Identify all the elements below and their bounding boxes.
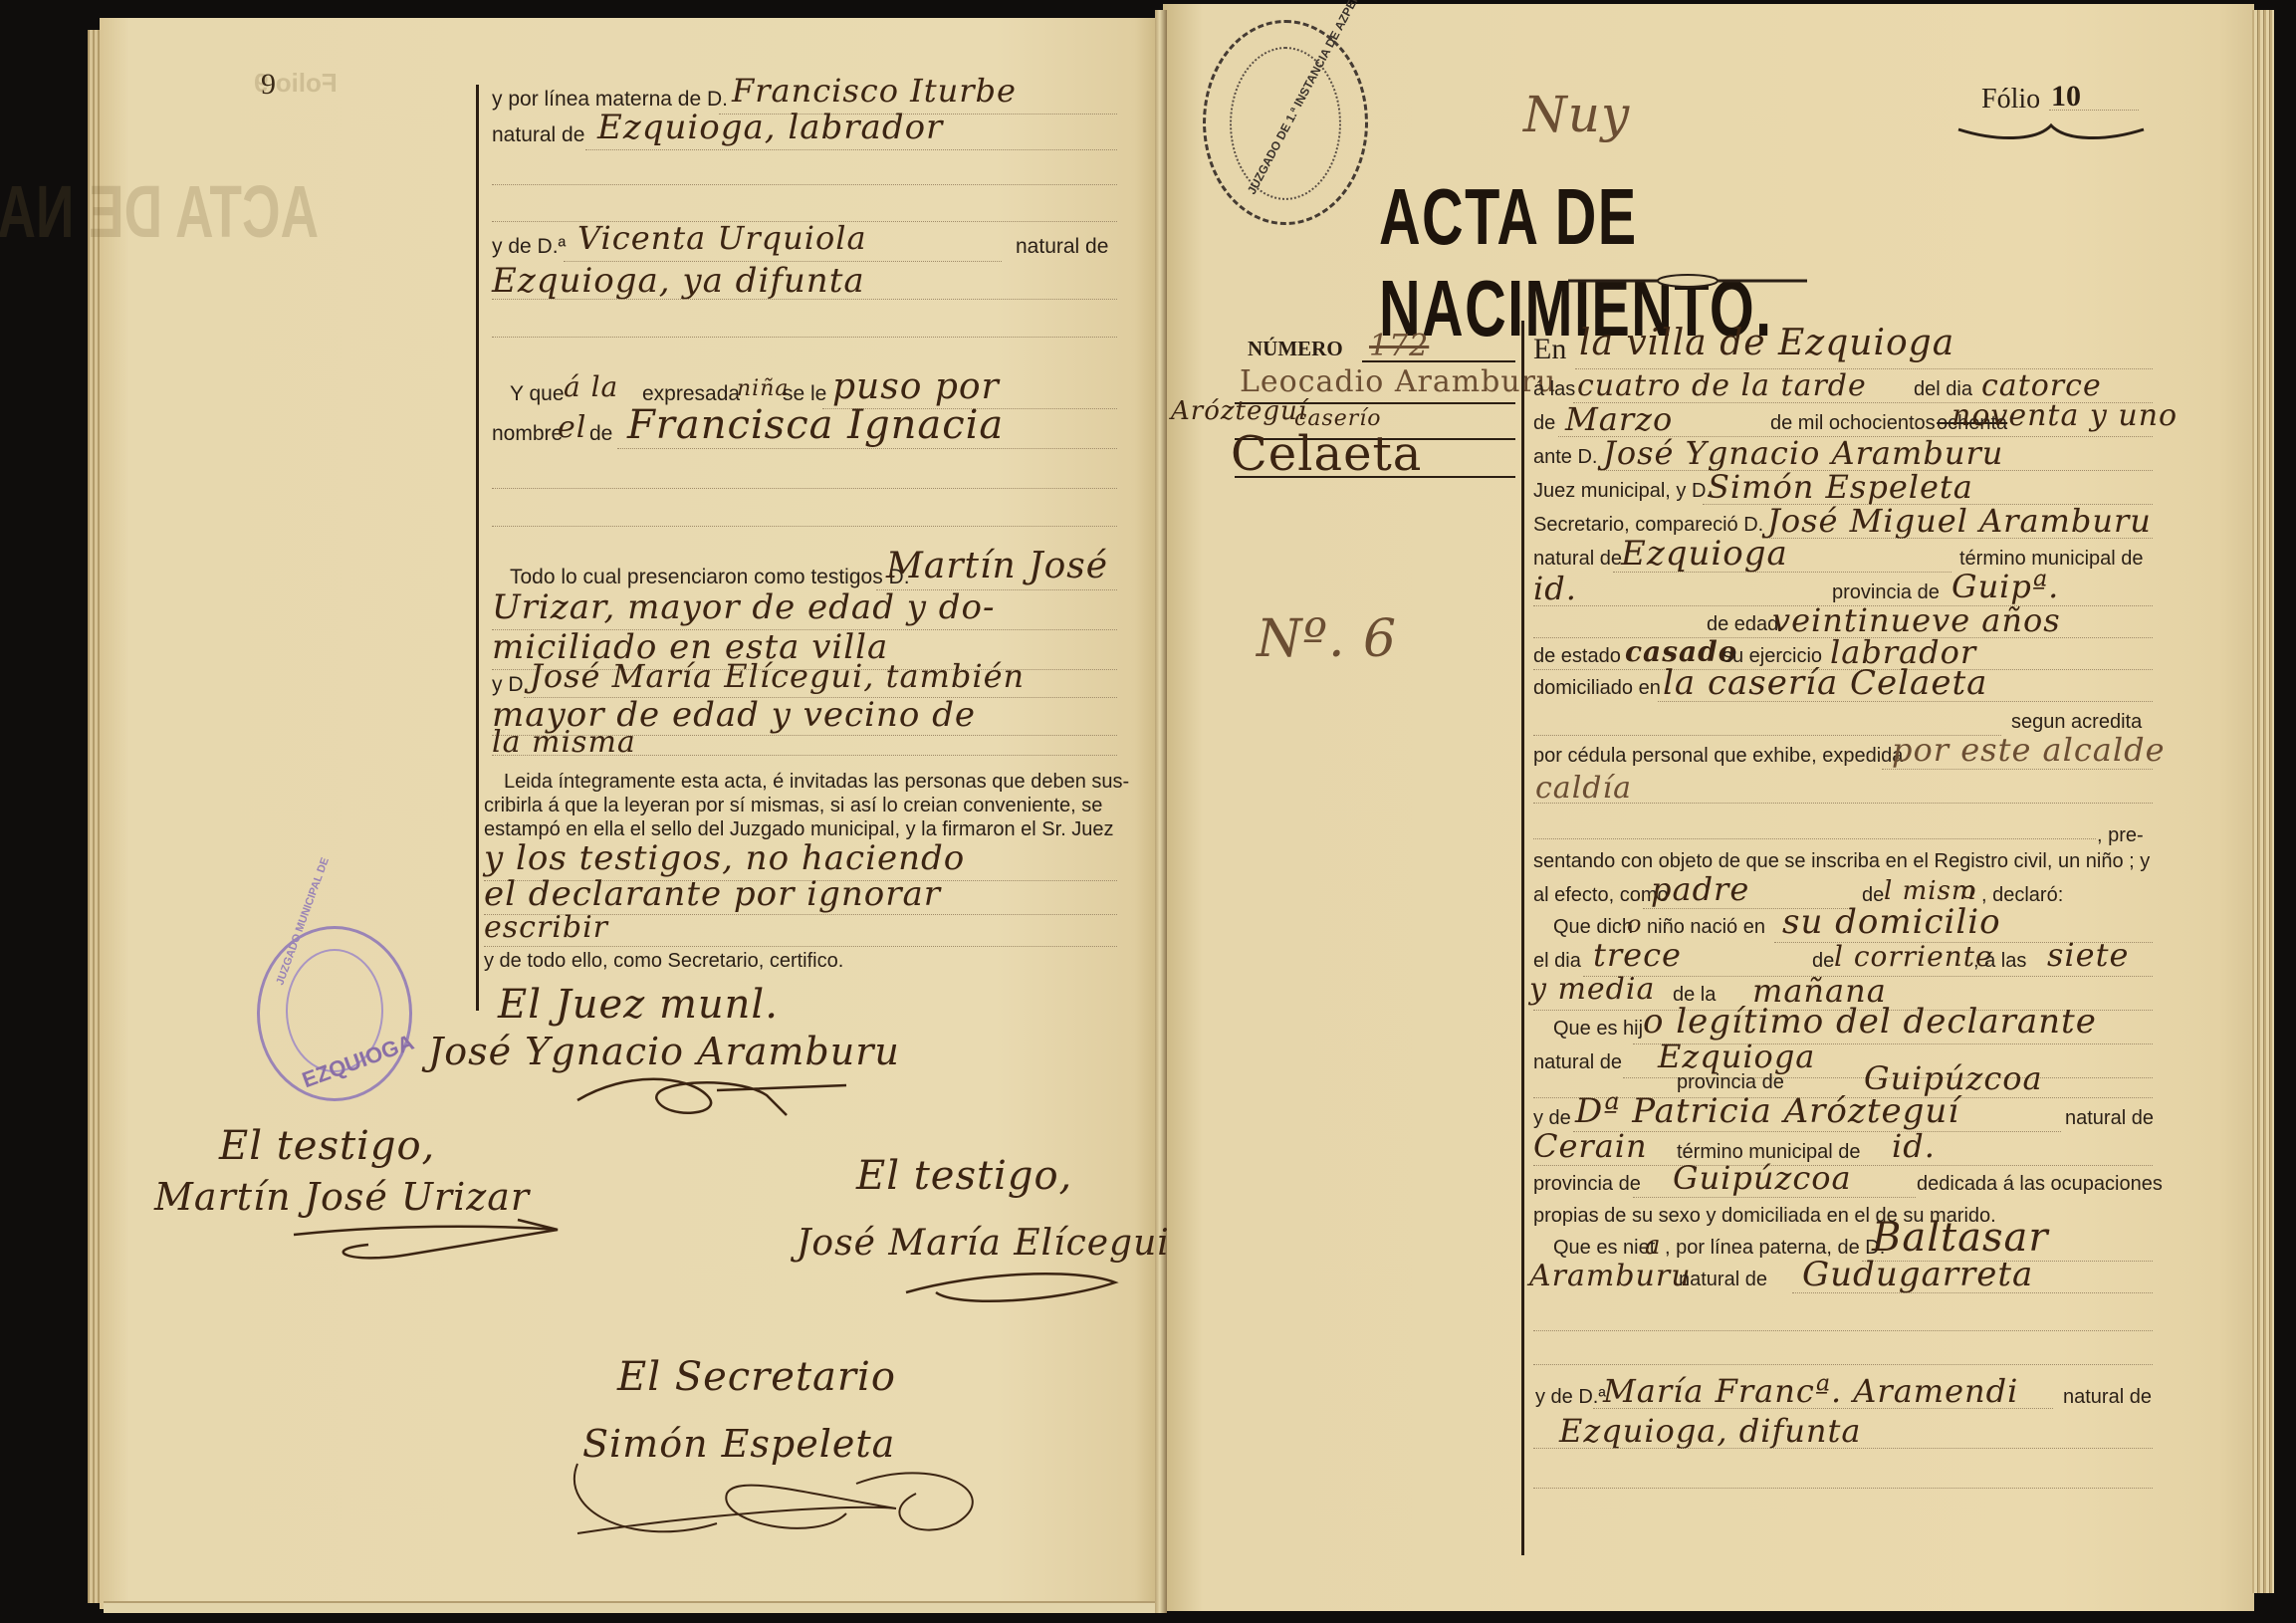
madre-provincia-value: Guipúzcoa — [1673, 1159, 1852, 1197]
hijo-label: Que es hij — [1553, 1018, 1643, 1041]
corriente-value: l corriente — [1834, 940, 1993, 973]
mes-label: de — [1533, 412, 1555, 435]
grandmother-label: y de D.ª — [492, 235, 566, 259]
natural-value: Ezquioga — [1621, 534, 1788, 574]
witnesses-label: Todo lo cual presenciaron como testigos … — [510, 566, 910, 589]
anio-value: noventa y uno — [1952, 398, 2178, 433]
dotted-line — [492, 488, 1117, 489]
right-margin-rule — [1521, 321, 1524, 1555]
madre-termino-value: id. — [1892, 1127, 1936, 1165]
juez-label: Juez municipal, y D. — [1533, 480, 1712, 503]
mes-value: Marzo — [1565, 400, 1673, 438]
judge-signature-flourish — [568, 1065, 866, 1125]
maternal-grandfather-name: Francisco Iturbe — [732, 72, 1017, 110]
marginal-scribble: Nuy — [1523, 86, 1630, 143]
witness-1-details: Urizar, mayor de edad y do- — [492, 587, 996, 627]
paterna-natural-value: Gudugarreta — [1802, 1255, 2033, 1294]
abuela-natural-value: Ezquioga, difunta — [1559, 1412, 1861, 1450]
title-ornament — [1568, 271, 1807, 291]
domicilio-value: la casería Celaeta — [1663, 663, 1987, 703]
dotted-line — [492, 299, 1117, 300]
madre-provincia-label: provincia de — [1533, 1173, 1641, 1196]
cedula-value: por este alcalde — [1892, 731, 2166, 769]
right-page-edges — [2252, 10, 2274, 1593]
dotted-line — [492, 184, 1117, 185]
en-label: En — [1533, 333, 1566, 366]
natural2-value: Ezquioga — [1658, 1038, 1815, 1075]
edad-label: de edad — [1707, 613, 1778, 636]
hora-label: á las — [1533, 378, 1575, 401]
secretario-value: José Miguel Aramburu — [1767, 502, 2152, 540]
witness-2-signature-flourish — [896, 1263, 1135, 1312]
left-margin-rule — [476, 85, 479, 1011]
bottom-page-edge — [104, 1601, 1155, 1613]
dotted-line — [1658, 701, 2153, 702]
place-value: la villa de Ezquioga — [1579, 323, 1954, 363]
folio-ornament — [1956, 121, 2146, 145]
closing-hand-line-3: escribir — [484, 910, 608, 945]
presentando-text: sentando con objeto de que se inscriba e… — [1533, 850, 2150, 873]
witness-2-name: José María Elícegui, también — [530, 657, 1025, 695]
dotted-line — [1533, 838, 2096, 839]
cedula-value-cont: caldía — [1535, 771, 1632, 806]
nacio-value: su domicilio — [1782, 902, 2001, 942]
margin-caserio-name: Celaeta — [1231, 426, 1422, 482]
ante-value: José Ygnacio Aramburu — [1603, 434, 2003, 472]
witness-2-signature-name: José María Elícegui — [797, 1223, 1170, 1264]
dotted-line — [1633, 1197, 1916, 1198]
efecto-value: padre — [1651, 870, 1749, 908]
dotted-line — [1533, 1448, 2153, 1449]
a-la-value: á la — [564, 370, 618, 403]
dotted-line — [1882, 769, 2153, 770]
dotted-line — [585, 149, 1117, 150]
dotted-line — [484, 946, 1117, 947]
nombre-label: nombre — [492, 422, 563, 446]
maternal-grandfather-origin: Ezquioga, labrador — [597, 108, 943, 147]
witness-1-signature-title: El testigo, — [219, 1123, 435, 1169]
maternal-grandmother-name: Vicenta Urquiola — [577, 219, 867, 257]
numero-label: NÚMERO — [1248, 337, 1343, 361]
closing-text-line-2: cribirla á que la leyeran por sí mismas,… — [484, 795, 1102, 817]
witness-1-name: Martín José — [886, 546, 1108, 586]
numero-struck: 172 — [1369, 329, 1429, 363]
maternal-grandmother-origin: Ezquioga, ya difunta — [492, 261, 865, 301]
open-ledger: Folio 9 9 ACTA DE NACIMIENTO. y por líne… — [0, 0, 2296, 1623]
cedula-label: por cédula personal que exhibe, expedida — [1533, 745, 1903, 768]
nacio-value-1: o — [1627, 910, 1642, 938]
el-value: el — [558, 410, 586, 445]
dotted-line — [492, 526, 1117, 527]
paterna-natural-label: natural de — [1679, 1269, 1767, 1291]
first-instance-court-seal: JUZGADO DE 1.ª INSTANCIA DE AZPEITIA — [1203, 20, 1368, 225]
juez-value: Simón Espeleta — [1708, 468, 1973, 506]
dotted-line — [1762, 538, 2153, 539]
folio-label: Fólio — [1981, 84, 2040, 116]
witness-2-signature-title: El testigo, — [856, 1153, 1072, 1199]
dotted-line — [1792, 1292, 2153, 1293]
dotted-line — [1533, 1488, 2153, 1489]
alas-value: siete — [2047, 936, 2129, 974]
madre-value: Dª Patricia Arózteguí — [1575, 1091, 1959, 1131]
domicilio-label: domiciliado en — [1533, 677, 1661, 700]
y-que-label: Y que — [510, 382, 565, 406]
madre-natural-label: natural de — [2065, 1107, 2154, 1130]
dotted-line — [1533, 1330, 2153, 1331]
nieto-value: a — [1645, 1231, 1662, 1261]
provincia-value: Guipª. — [1952, 568, 2059, 605]
y-d-label: y D. — [492, 673, 529, 697]
abuela-natural-label: natural de — [2063, 1386, 2152, 1409]
closing-text-line-1: Leida íntegramente esta acta, é invitada… — [504, 771, 1129, 794]
abuela-value: María Francª. Aramendi — [1603, 1372, 2018, 1410]
dotted-line — [617, 448, 1117, 449]
hora-value: cuatro de la tarde — [1577, 368, 1867, 403]
dotted-line — [1533, 1364, 2153, 1365]
witness-1-signature-flourish — [289, 1215, 577, 1275]
judge-signature-title: El Juez munl. — [498, 982, 779, 1028]
margin-surname: Arózteguí — [1171, 396, 1307, 426]
hijo-value: o legítimo del declarante — [1643, 1002, 2097, 1042]
margin-number: Nº. 6 — [1257, 609, 1397, 669]
nieto-label: Que es niet — [1553, 1237, 1655, 1260]
dotted-line — [1533, 803, 2153, 804]
closing-hand-line-2: el declarante por ignorar — [484, 874, 941, 914]
efecto-label: al efecto, como — [1533, 884, 1669, 907]
natural-de-label: natural de — [492, 123, 584, 147]
natural2-label: natural de — [1533, 1051, 1622, 1074]
estado-label: de estado — [1533, 645, 1621, 668]
ante-label: ante D. — [1533, 446, 1597, 469]
natural-de-label-2: natural de — [1016, 235, 1108, 259]
de-label: de — [589, 422, 612, 446]
pre-label: , pre- — [2097, 824, 2144, 847]
paterna-value-cont: Aramburu — [1529, 1259, 1692, 1293]
del-value-2: o — [1961, 876, 1976, 904]
dotted-line — [492, 755, 1117, 756]
anio-label: de mil ochocientos — [1770, 412, 1936, 435]
municipal-court-stamp: EZQUIOGA JUZGADO MUNICIPAL DE — [257, 926, 412, 1101]
termino-value: id. — [1533, 570, 1577, 607]
certify-text: y de todo ello, como Secretario, certifi… — [484, 950, 843, 973]
closing-hand-line-1: y los testigos, no haciendo — [484, 838, 965, 878]
secretary-signature-title: El Secretario — [617, 1354, 896, 1400]
dotted-line — [1593, 1408, 2053, 1409]
media-value: y media — [1529, 972, 1655, 1007]
ghost-folio-digit: 9 — [261, 68, 276, 102]
nina-value: niña — [737, 376, 790, 401]
folio-number: 10 — [2051, 80, 2081, 114]
dotted-line — [2049, 110, 2139, 111]
alas-label: , á las — [1973, 950, 2026, 973]
dotted-line — [492, 337, 1117, 338]
natural-label: natural de — [1533, 548, 1622, 571]
child-given-name: Francisca Ignacia — [627, 402, 1004, 448]
secretary-signature-flourish — [558, 1454, 1016, 1553]
dedicada-text: dedicada á las ocupaciones — [1917, 1173, 2163, 1196]
numero-rule — [1362, 360, 1515, 362]
margin-name: Leocadio Aramburu — [1240, 364, 1556, 399]
corriente-label: de — [1812, 950, 1834, 973]
puso-por-value: puso por — [832, 366, 1000, 407]
book-gutter — [1155, 10, 1167, 1613]
witness-1-signature-name: Martín José Urizar — [154, 1175, 530, 1219]
eldia-value: trece — [1593, 936, 1682, 974]
eldia-label: el dia — [1533, 950, 1581, 973]
margin-rule-3 — [1235, 476, 1515, 478]
madre-natural-value: Cerain — [1533, 1127, 1648, 1165]
abuela-label: y de D.ª — [1535, 1386, 1606, 1409]
dotted-line — [1613, 572, 1952, 573]
ghost-title: ACTA DE NACIMIENTO. — [0, 169, 319, 254]
